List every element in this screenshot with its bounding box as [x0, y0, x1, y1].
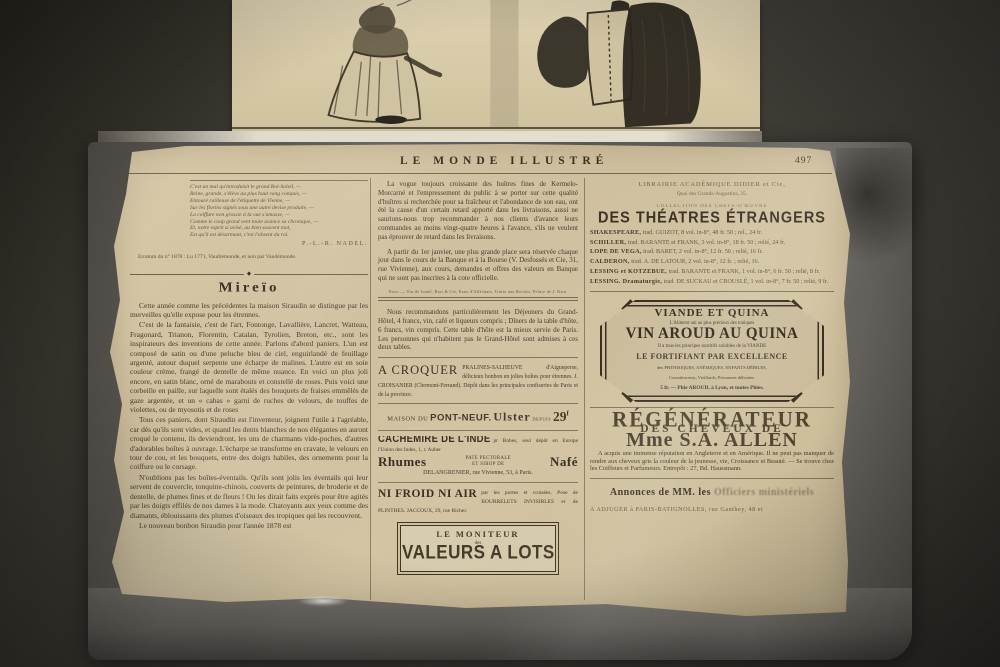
book-entry: SHAKESPEARE, trad. GUIZOT, 8 vol. in-8°,…	[590, 229, 834, 236]
poem-line: Entouré railleuse de l'étiquette de Vien…	[190, 198, 368, 205]
book-entry: LOPE DE VEGA, trad. BARET, 2 vol. in-8°,…	[590, 248, 834, 255]
ad-quina-line3: VIN AROUD AU QUINA	[616, 330, 808, 340]
paragraph: La vogue toujours croissante des huîtres…	[378, 180, 578, 242]
annonces-heading: Annonces de MM. les Officiers ministérie…	[590, 488, 834, 497]
cut-off-line: A ADJUGER à PARIS-BATIGNOLLES, rue Gauth…	[590, 505, 834, 514]
ad-pont-neuf-name: PONT-NEUF.	[430, 413, 491, 424]
ad-nafe: Rhumes PATE PECTORALE ET SIROP DE Nafé	[378, 456, 578, 467]
masthead-rule	[124, 173, 832, 174]
paragraph: Le nouveau bonbon Siraudin pour l'année …	[130, 521, 368, 530]
poem-line: Et, notre esprit si avisé, au bien souve…	[190, 225, 368, 232]
ad-quina-line7: Convalescents, Vieillards, Personnes dél…	[616, 373, 808, 382]
rule	[590, 478, 834, 479]
poem-line: Reine, grande, s'élève au plus haut rang…	[190, 191, 368, 198]
ad-vin-aroud-octagon: VIANDE ET QUINA L'Aliment uni au plus pr…	[600, 300, 824, 402]
sketch-page-edge-line	[232, 127, 760, 129]
ad-pont-neuf-price: 29f	[553, 409, 569, 424]
ad-cachemire-title: CACHEMIRE DE L'INDE	[378, 436, 490, 445]
book-entry: LESSING. Dramaturgie, trad. DE SUCKAU et…	[590, 278, 834, 285]
ad-allen: RÉGÉNÉRATEUR DES CHEVEUX DE Mme S.A. ALL…	[590, 415, 834, 473]
page-number: 497	[795, 156, 812, 166]
paragraph: N'oublions pas les boîtes-éventails. Qu'…	[130, 473, 368, 520]
poem-line: La coiffure non grossie à la vue s'amass…	[190, 212, 368, 219]
paragraph: C'est de la fantaisie, c'est de l'art, F…	[130, 320, 368, 414]
ink-sketch-two-figures	[232, 0, 760, 131]
masthead-title: LE MONDE ILLUSTRÉ	[400, 155, 608, 167]
poem-line: Sur les florins signés sous une autre de…	[190, 205, 368, 212]
ad-allen-title: RÉGÉNÉRATEUR	[590, 415, 834, 425]
ad-moniteur-box: LE MONITEUR des VALEURS A LOTS	[397, 522, 559, 575]
book-entry: LESSING et KOTZEBUE, trad. BARANTE et FR…	[590, 268, 834, 275]
ad-quina-line5: LE FORTIFIANT PAR EXCELLENCE	[616, 352, 808, 361]
rule	[590, 291, 834, 292]
librairie-header: LIBRAIRIE ACADÉMIQUE DIDIER et Cie, Quai…	[590, 180, 834, 211]
poem-signature: P.-L.-R. NADEL.	[190, 241, 368, 248]
ad-quina-line6: des PHTHISIQUES, ANÉMIQUES, ENFANTS DÉBI…	[616, 363, 808, 372]
librairie-address: Quai des Grands-Augustins, 35.	[590, 190, 834, 199]
column-divider-left	[370, 178, 371, 600]
ad-quina-line8: 5 fr. — Phie AROUD, à Lyon, et toutes Ph…	[616, 384, 808, 393]
book-entry: SCHILLER, trad. BARANTE et FRANK, 3 vol.…	[590, 239, 834, 246]
book-entry: CALDERON, trad. A. DE LATOUR, 2 vol. in-…	[590, 258, 834, 265]
ad-allen-body: A acquis une immense réputation en Angle…	[590, 450, 834, 473]
diamond-ornament-icon: ◆	[244, 270, 254, 279]
ornamental-divider: ◆	[130, 270, 368, 279]
ad-nafe-footer: DELANGRENIER, rue Vivienne, 53, à Paris.	[378, 469, 578, 478]
plastic-glint	[298, 596, 348, 606]
rule	[378, 430, 578, 431]
ad-vin-aroud: VIANDE ET QUINA L'Aliment uni au plus pr…	[600, 300, 824, 402]
ad-quina-line1: VIANDE ET QUINA	[616, 309, 808, 318]
column-divider-right	[584, 178, 585, 600]
rule	[378, 403, 578, 404]
ad-nafe-middle: PATE PECTORALE ET SIROP DE	[466, 456, 511, 467]
rule	[378, 357, 578, 358]
poem-line: Comme le coup grand vent toute avance sa…	[190, 219, 368, 226]
right-column: LIBRAIRIE ACADÉMIQUE DIDIER et Cie, Quai…	[590, 180, 834, 515]
sketch-page-bottom-edge-highlight	[98, 131, 762, 142]
paragraph: Nous recommandons particulièrement les D…	[378, 308, 578, 352]
small-note: Nota. — Vin de Lunel, Brut & Cie, Eaux d…	[378, 289, 578, 294]
middle-column: La vogue toujours croissante des huîtres…	[378, 180, 578, 575]
ad-allen-name: Mme S.A. ALLEN	[590, 436, 834, 445]
poem-block: C'est un mal qu'introduisit le grand Roi…	[190, 180, 368, 248]
ad-croquer-title: A CROQUER	[378, 364, 458, 377]
rule	[378, 482, 578, 483]
librairie-name: LIBRAIRIE ACADÉMIQUE DIDIER et Cie,	[590, 180, 834, 189]
ad-pont-neuf-prefix: MAISON DU	[387, 416, 428, 423]
double-rule	[378, 297, 578, 302]
paragraph: Tous ces paniers, dont Siraudin est l'in…	[130, 415, 368, 471]
ad-moniteur-line1: LE MONITEUR	[402, 530, 554, 539]
ad-nafe-nafe: Nafé	[550, 458, 578, 467]
paragraph: Cette année comme les précédentes la mai…	[130, 301, 368, 320]
photo-of-newspaper: LE MONDE ILLUSTRÉ 497 C'est un mal qu'in…	[0, 0, 1000, 667]
ad-pont-neuf-product: Ulster	[493, 410, 530, 424]
poem-line: C'est un mal qu'introduisit le grand Roi…	[190, 184, 368, 191]
ad-nafe-rhumes: Rhumes	[378, 458, 427, 467]
ad-pont-neuf: MAISON DU PONT-NEUF. Ulster DEPUIS 29f	[378, 409, 578, 424]
paragraph: A partir du 1er janvier, une plus grande…	[378, 248, 578, 283]
erratum-note: Erratum du n° 1878 : Lu 1771, Vaudremond…	[130, 254, 368, 261]
ad-moniteur-line3: VALEURS A LOTS	[402, 549, 554, 559]
ad-ni-froid-title: NI FROID NI AIR	[378, 488, 477, 500]
theatres-etrangers-title: DES THÉATRES ÉTRANGERS	[590, 214, 834, 224]
ad-quina-line4: Il a tous les principes nutritifs solubl…	[616, 342, 808, 351]
ad-croquer: A CROQUER PRALINES-SALHEUVE d'Aigueperse…	[378, 363, 578, 398]
article-title: Mireïo	[130, 285, 368, 294]
ad-cachemire: CACHEMIRE DE L'INDE pr Robes, seul dépôt…	[378, 436, 578, 454]
sketch-page	[232, 0, 760, 131]
torn-corner-shadow	[836, 148, 932, 264]
poem-line: Est qu'il est désarmant, c'est l'absent …	[190, 232, 368, 239]
left-column: C'est un mal qu'introduisit le grand Roi…	[130, 180, 368, 531]
newspaper-page: LE MONDE ILLUSTRÉ 497 C'est un mal qu'in…	[106, 142, 850, 618]
ad-pont-neuf-depuis: DEPUIS	[532, 417, 551, 422]
ad-ni-froid: NI FROID NI AIR par les portes et croisé…	[378, 488, 578, 514]
